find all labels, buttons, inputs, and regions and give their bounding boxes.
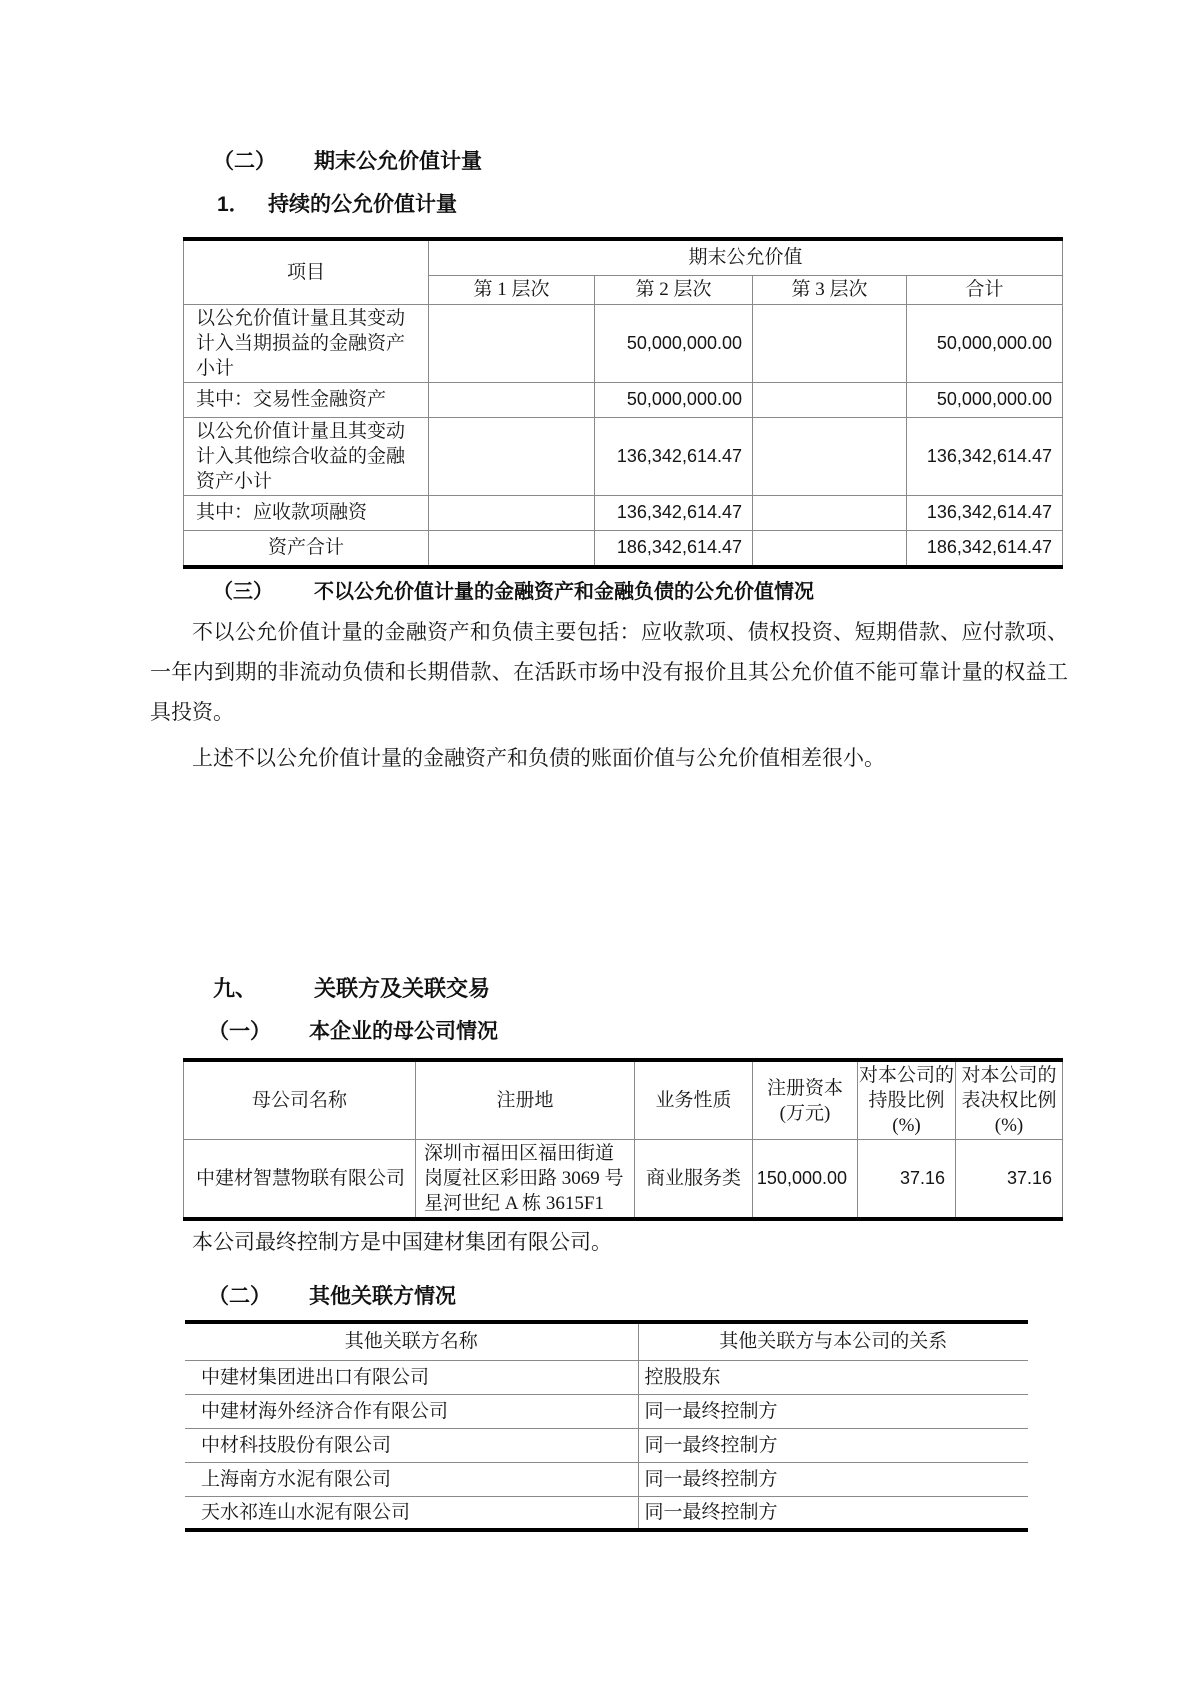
- col-header-level3: 第 3 层次: [753, 275, 907, 304]
- header-line: 注册资本: [754, 1076, 856, 1101]
- cell-related-name: 中建材海外经济合作有限公司: [185, 1394, 638, 1428]
- cell-level2: 50,000,000.00: [595, 304, 753, 382]
- cell-business-nature: 商业服务类: [635, 1140, 753, 1220]
- cell-related-name: 中建材集团进出口有限公司: [185, 1360, 638, 1394]
- table-row: 中建材集团进出口有限公司 控股股东: [185, 1360, 1028, 1394]
- cell-level3: [753, 382, 907, 417]
- section-heading-related-parties: 九、关联方及关联交易: [213, 972, 490, 1003]
- header-line: 对本公司的: [859, 1063, 954, 1088]
- subsection-title: 其他关联方情况: [309, 1285, 456, 1308]
- table-row: 其中：交易性金融资产 50,000,000.00 50,000,000.00: [184, 382, 1063, 417]
- cell-level2: 136,342,614.47: [595, 495, 753, 530]
- cell-relation: 同一最终控制方: [638, 1496, 1028, 1530]
- col-header-voting-ratio: 对本公司的 表决权比例 (%): [956, 1060, 1063, 1140]
- col-header-level1: 第 1 层次: [429, 275, 595, 304]
- header-line: (%): [957, 1113, 1061, 1138]
- section-heading-non-fair-value: （三）不以公允价值计量的金融资产和金融负债的公允价值情况: [213, 575, 814, 604]
- section-number: 九、: [213, 972, 314, 1003]
- cell-relation: 同一最终控制方: [638, 1394, 1028, 1428]
- cell-item: 其中：应收款项融资: [184, 495, 429, 530]
- cell-item: 以公允价值计量且其变动计入当期损益的金融资产小计: [184, 304, 429, 382]
- cell-parent-name: 中建材智慧物联有限公司: [184, 1140, 416, 1220]
- cell-level1: [429, 530, 595, 567]
- cell-relation: 同一最终控制方: [638, 1428, 1028, 1462]
- cell-relation: 控股股东: [638, 1360, 1028, 1394]
- cell-item: 以公允价值计量且其变动计入其他综合收益的金融资产小计: [184, 417, 429, 495]
- cell-level2: 50,000,000.00: [595, 382, 753, 417]
- subsection-heading-continuous: 1．持续的公允价值计量: [217, 188, 457, 218]
- col-header-shareholding-ratio: 对本公司的 持股比例 (%): [858, 1060, 956, 1140]
- col-header-total: 合计: [907, 275, 1063, 304]
- col-header-registered-capital: 注册资本 (万元): [753, 1060, 858, 1140]
- cell-level3: [753, 495, 907, 530]
- parent-company-table: 母公司名称 注册地 业务性质 注册资本 (万元) 对本公司的 持股比例 (%) …: [183, 1058, 1063, 1221]
- table-row: 以公允价值计量且其变动计入当期损益的金融资产小计 50,000,000.00 5…: [184, 304, 1063, 382]
- cell-total: 50,000,000.00: [907, 382, 1063, 417]
- cell-voting-ratio: 37.16: [956, 1140, 1063, 1220]
- subsection-number: 1．: [217, 188, 268, 218]
- table-row: 上海南方水泥有限公司 同一最终控制方: [185, 1462, 1028, 1496]
- cell-item: 资产合计: [184, 530, 429, 567]
- cell-total: 50,000,000.00: [907, 304, 1063, 382]
- col-header-level2: 第 2 层次: [595, 275, 753, 304]
- cell-related-name: 中材科技股份有限公司: [185, 1428, 638, 1462]
- table-row: 其中：应收款项融资 136,342,614.47 136,342,614.47: [184, 495, 1063, 530]
- section-title: 不以公允价值计量的金融资产和金融负债的公允价值情况: [314, 581, 814, 603]
- cell-relation: 同一最终控制方: [638, 1462, 1028, 1496]
- col-header-related-name: 其他关联方名称: [185, 1322, 638, 1360]
- other-related-parties-table: 其他关联方名称 其他关联方与本公司的关系 中建材集团进出口有限公司 控股股东 中…: [185, 1320, 1028, 1532]
- section-heading-fair-value: （二）期末公允价值计量: [213, 145, 482, 175]
- cell-level3: [753, 530, 907, 567]
- section-title: 期末公允价值计量: [314, 150, 482, 173]
- header-line: 持股比例: [859, 1088, 954, 1113]
- header-line: (万元): [754, 1101, 856, 1126]
- table-row: 天水祁连山水泥有限公司 同一最终控制方: [185, 1496, 1028, 1530]
- cell-total: 186,342,614.47: [907, 530, 1063, 567]
- subsection-heading-parent-company: （一）本企业的母公司情况: [208, 1015, 498, 1045]
- subsection-number: （一）: [208, 1015, 309, 1045]
- header-line: 对本公司的: [957, 1063, 1061, 1088]
- cell-level1: [429, 417, 595, 495]
- col-header-parent-name: 母公司名称: [184, 1060, 416, 1140]
- table-row: 中材科技股份有限公司 同一最终控制方: [185, 1428, 1028, 1462]
- table-row: 中建材智慧物联有限公司 深圳市福田区福田街道岗厦社区彩田路 3069 号星河世纪…: [184, 1140, 1063, 1220]
- cell-level1: [429, 382, 595, 417]
- paragraph-non-fair-value-scope: 不以公允价值计量的金融资产和负债主要包括：应收款项、债权投资、短期借款、应付款项…: [150, 612, 1068, 732]
- cell-related-name: 上海南方水泥有限公司: [185, 1462, 638, 1496]
- table-header-row: 其他关联方名称 其他关联方与本公司的关系: [185, 1322, 1028, 1360]
- cell-level1: [429, 304, 595, 382]
- table-row-total: 资产合计 186,342,614.47 186,342,614.47: [184, 530, 1063, 567]
- cell-shareholding-ratio: 37.16: [858, 1140, 956, 1220]
- header-line: (%): [859, 1113, 954, 1138]
- cell-registered-place: 深圳市福田区福田街道岗厦社区彩田路 3069 号星河世纪 A 栋 3615F1: [416, 1140, 635, 1220]
- header-line: 表决权比例: [957, 1088, 1061, 1113]
- cell-level3: [753, 417, 907, 495]
- table-header-row: 项目 期末公允价值: [184, 239, 1063, 275]
- cell-total: 136,342,614.47: [907, 417, 1063, 495]
- section-number: （三）: [213, 575, 314, 604]
- section-number: （二）: [213, 145, 314, 175]
- col-header-relation: 其他关联方与本公司的关系: [638, 1322, 1028, 1360]
- paragraph-ultimate-controller: 本公司最终控制方是中国建材集团有限公司。: [150, 1222, 1068, 1262]
- subsection-title: 持续的公允价值计量: [268, 193, 457, 216]
- subsection-heading-other-related: （二）其他关联方情况: [208, 1280, 456, 1310]
- table-row: 以公允价值计量且其变动计入其他综合收益的金融资产小计 136,342,614.4…: [184, 417, 1063, 495]
- subsection-number: （二）: [208, 1280, 309, 1310]
- cell-registered-capital: 150,000.00: [753, 1140, 858, 1220]
- fair-value-table: 项目 期末公允价值 第 1 层次 第 2 层次 第 3 层次 合计 以公允价值计…: [183, 237, 1063, 569]
- cell-related-name: 天水祁连山水泥有限公司: [185, 1496, 638, 1530]
- table-header-row: 母公司名称 注册地 业务性质 注册资本 (万元) 对本公司的 持股比例 (%) …: [184, 1060, 1063, 1140]
- paragraph-carrying-vs-fair-value: 上述不以公允价值计量的金融资产和负债的账面价值与公允价值相差很小。: [150, 738, 1068, 778]
- col-header-business-nature: 业务性质: [635, 1060, 753, 1140]
- cell-level2: 186,342,614.47: [595, 530, 753, 567]
- table-row: 中建材海外经济合作有限公司 同一最终控制方: [185, 1394, 1028, 1428]
- subsection-title: 本企业的母公司情况: [309, 1020, 498, 1043]
- report-page: { "document": { "sec_fair_value": { "lab…: [0, 0, 1200, 1697]
- cell-level3: [753, 304, 907, 382]
- section-title: 关联方及关联交易: [314, 976, 490, 1001]
- col-header-registered-place: 注册地: [416, 1060, 635, 1140]
- col-header-item: 项目: [184, 239, 429, 304]
- cell-level2: 136,342,614.47: [595, 417, 753, 495]
- cell-level1: [429, 495, 595, 530]
- cell-total: 136,342,614.47: [907, 495, 1063, 530]
- cell-item: 其中：交易性金融资产: [184, 382, 429, 417]
- col-header-group: 期末公允价值: [429, 239, 1063, 275]
